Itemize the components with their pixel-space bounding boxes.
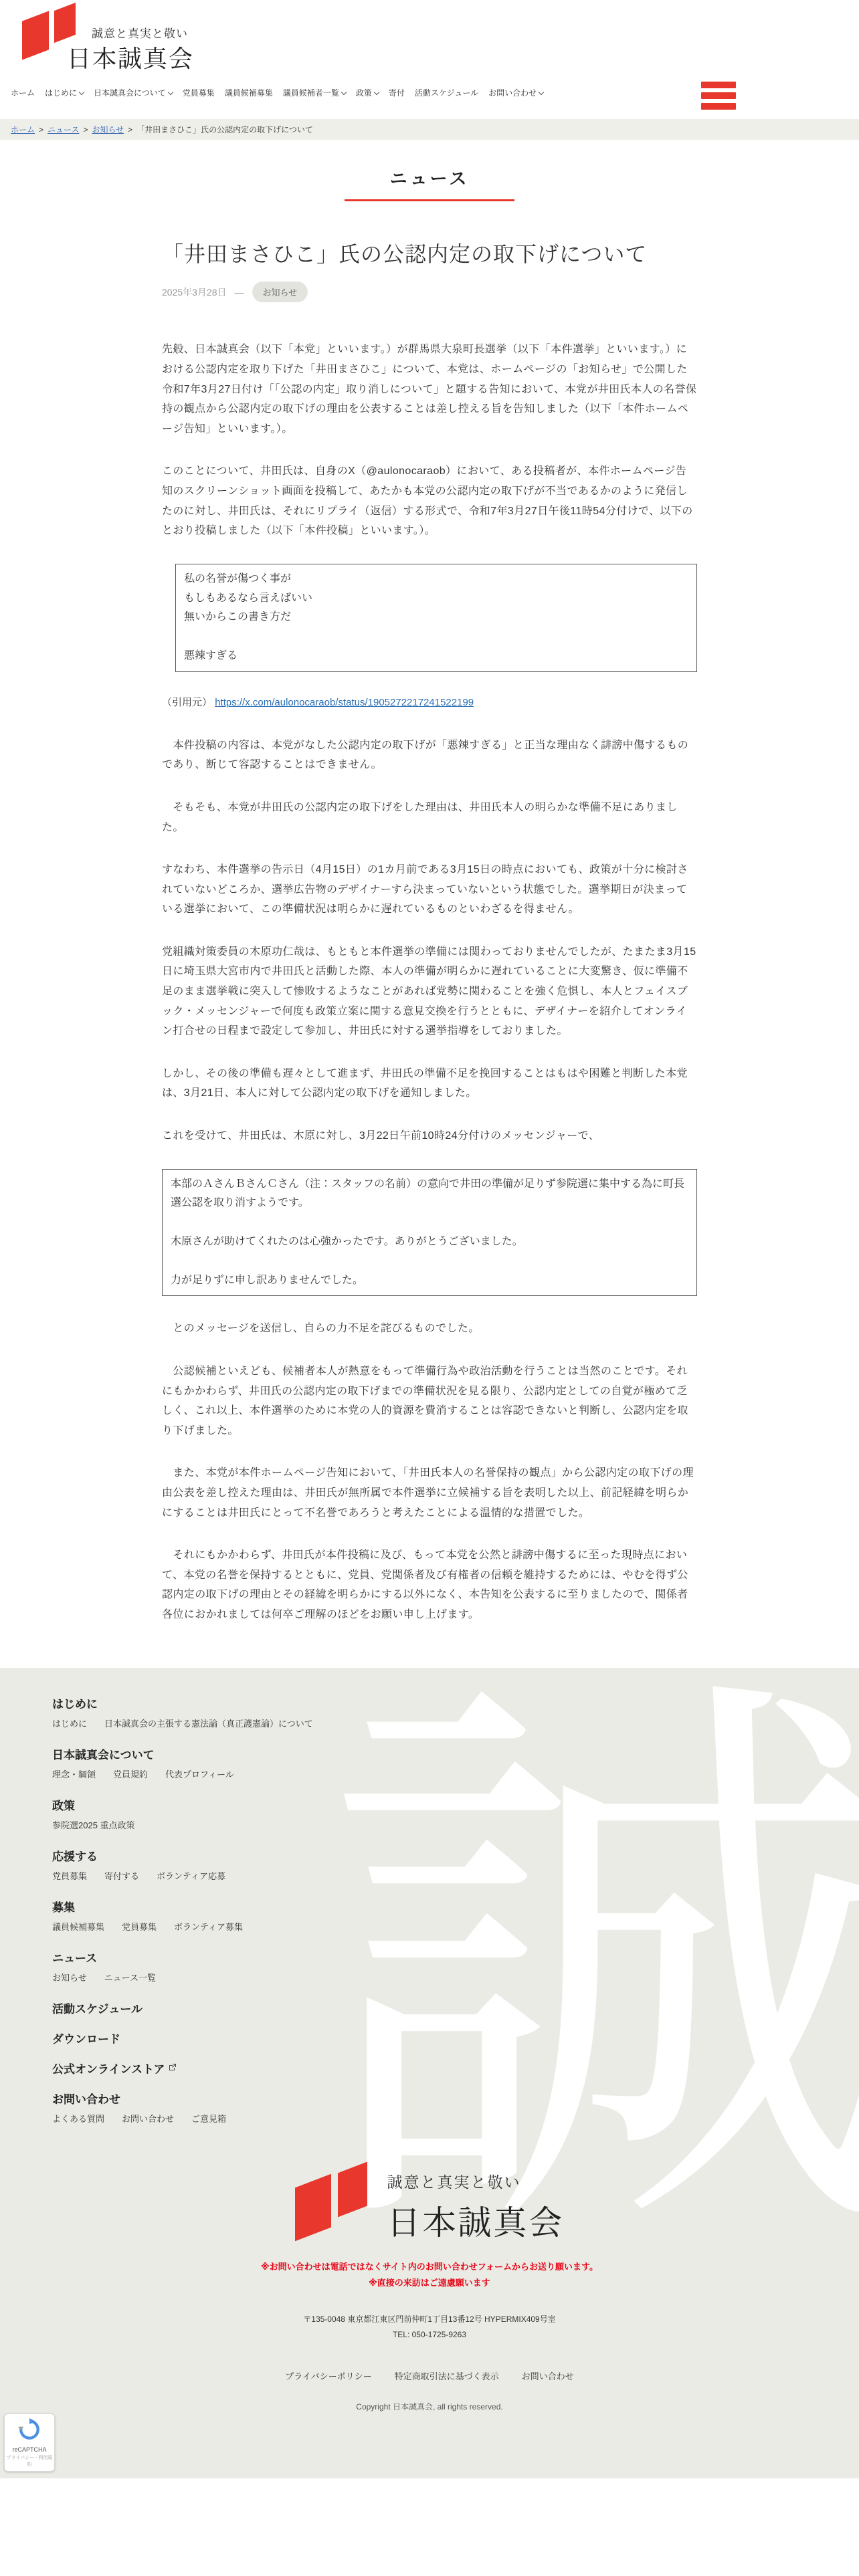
chevron-down-icon <box>341 89 347 94</box>
footer-heading-support[interactable]: 応援する <box>52 1847 98 1864</box>
article-title: 「井田まさひこ」氏の公認内定の取下げについて <box>162 239 697 270</box>
site-tagline: 誠意と真実と敬い <box>387 2170 565 2192</box>
footer-group: 公式オンラインストア <box>52 2050 859 2080</box>
footer-link[interactable]: よくある質問 <box>52 2112 104 2125</box>
footer-group: 募集 議員候補募集 党員募集 ボランティア募集 <box>52 1889 859 1933</box>
breadcrumb-current: 「井田まさひこ」氏の公認内定の取下げについて <box>136 124 313 135</box>
footer-heading-recruit[interactable]: 募集 <box>52 1898 75 1915</box>
footer-group: 政策 参院選2025 重点政策 <box>52 1787 859 1831</box>
nav-label: 寄付 <box>389 87 405 98</box>
footer-group: 応援する 党員募集 寄付する ボランティア応募 <box>52 1838 859 1882</box>
breadcrumb: ホーム > ニュース > お知らせ > 「井田まさひこ」氏の公認内定の取下げにつ… <box>0 119 859 140</box>
footer-link[interactable]: 党員規約 <box>113 1767 148 1780</box>
footer-links-row: はじめに 日本誠真会の主張する憲法論（真正護憲論）について <box>52 1717 859 1729</box>
footer-inner: はじめに はじめに 日本誠真会の主張する憲法論（真正護憲論）について 日本誠真会… <box>0 1685 859 2412</box>
footer-nav: はじめに はじめに 日本誠真会の主張する憲法論（真正護憲論）について 日本誠真会… <box>0 1685 859 2125</box>
nav-label: 党員募集 <box>183 87 215 98</box>
hamburger-bar <box>701 82 736 88</box>
footer-links-row: 党員募集 寄付する ボランティア応募 <box>52 1869 859 1882</box>
footer-links-row: お知らせ ニュース一覧 <box>52 1971 859 1983</box>
quote-line: 力が足りずに申し訳ありませんでした。 <box>171 1271 688 1291</box>
nav-item-candidate-recruit[interactable]: 議員候補募集 <box>225 87 273 98</box>
footer-heading-hajimeni[interactable]: はじめに <box>52 1695 98 1711</box>
footer-link[interactable]: 議員候補募集 <box>52 1920 104 1933</box>
quoted-post-box: 私の名誉が傷つく事が もしもあるなら言えばいい 無いからこの書き方だ 悪辣すぎる <box>175 564 697 672</box>
nav-item-home[interactable]: ホーム <box>11 87 35 98</box>
nav-item-policy[interactable]: 政策 <box>356 87 379 98</box>
logo-parallelogram-right <box>338 2161 367 2217</box>
section-title: ニュース <box>345 165 515 201</box>
date-separator: — <box>235 287 244 298</box>
article-paragraph: しかし、その後の準備も遅々として進まず、井田氏の準備不足を挽回することはもはや困… <box>162 1064 697 1103</box>
footer-link[interactable]: 党員募集 <box>122 1920 157 1933</box>
footer-address-block: 〒135-0048 東京都江東区門前仲町1丁目13番12号 HYPERMIX40… <box>0 2312 859 2343</box>
footer-heading-news[interactable]: ニュース <box>52 1949 97 1965</box>
article-paragraph: すなわち、本件選挙の告示日（4月15日）の1カ月前である3月15日の時点において… <box>162 860 697 920</box>
quote-line: もしもあるなら言えばいい <box>184 589 688 609</box>
nav-label: 日本誠真会について <box>94 87 166 98</box>
category-badge[interactable]: お知らせ <box>252 282 308 302</box>
footer-heading-store[interactable]: 公式オンラインストア <box>52 2060 177 2076</box>
site-logo[interactable]: 誠意と真実と敬い 日本誠真会 <box>0 0 859 75</box>
nav-label: お問い合わせ <box>488 87 537 98</box>
breadcrumb-separator: > <box>83 125 88 134</box>
nav-label: ホーム <box>11 87 35 98</box>
footer-group: 活動スケジュール <box>52 1990 859 2020</box>
quote-line: 私の名誉が傷つく事が <box>184 570 688 589</box>
footer-link[interactable]: 党員募集 <box>52 1869 87 1882</box>
breadcrumb-home[interactable]: ホーム <box>11 124 35 135</box>
footer-warning-notes: ※お問い合わせは電話ではなくサイト内のお問い合わせフォームからお送り願います。 … <box>0 2259 859 2292</box>
citation-line: （引用元） https://x.com/aulonocaraob/status/… <box>162 695 697 709</box>
nav-item-schedule[interactable]: 活動スケジュール <box>415 87 478 98</box>
article-paragraph: それにもかかわらず、井田氏が本件投稿に及び、もって本党を公然と誹謗中傷するに至っ… <box>162 1545 697 1624</box>
footer-link[interactable]: 参院選2025 重点政策 <box>52 1818 135 1831</box>
footer-links-row: 参院選2025 重点政策 <box>52 1818 859 1831</box>
quote-line: 悪辣すぎる <box>184 647 688 666</box>
footer-note: ※お問い合わせは電話ではなくサイト内のお問い合わせフォームからお送り願います。 <box>0 2259 859 2276</box>
chevron-down-icon <box>168 89 173 94</box>
footer-logo: 誠意と真実と敬い 日本誠真会 <box>0 2161 859 2244</box>
article-paragraph: このことについて、井田氏は、自身のX（@aulonocaraob）において、ある… <box>162 461 697 540</box>
quoted-message-box: 本部のＡさんＢさんＣさん（注：スタッフの名前）の意向で井田の準備が足りず参院選に… <box>162 1169 697 1297</box>
footer-heading-about[interactable]: 日本誠真会について <box>52 1745 155 1762</box>
article-paragraph: とのメッセージを送信し、自らの力不足を詫びるものでした。 <box>162 1319 697 1339</box>
external-link-icon <box>169 2061 177 2074</box>
footer-link[interactable]: ニュース一覧 <box>104 1971 156 1983</box>
chevron-down-icon <box>79 89 84 94</box>
breadcrumb-news[interactable]: ニュース <box>47 124 79 135</box>
nav-label: はじめに <box>45 87 77 98</box>
footer-group: 日本誠真会について 理念・綱領 党員規約 代表プロフィール <box>52 1736 859 1780</box>
recaptcha-terms[interactable]: プライバシー - 利用規約 <box>6 2454 53 2468</box>
article-paragraph: これを受けて、井田氏は、木原に対し、3月22日午前10時24分付けのメッセンジャ… <box>162 1126 697 1146</box>
footer-links-row: 議員候補募集 党員募集 ボランティア募集 <box>52 1920 859 1933</box>
section-heading-wrap: ニュース <box>0 165 859 201</box>
quote-line <box>171 1252 688 1271</box>
logo-parallelogram-left <box>295 2173 331 2241</box>
nav-item-member-recruit[interactable]: 党員募集 <box>183 87 215 98</box>
footer-link[interactable]: ご意見箱 <box>191 2112 226 2125</box>
footer-heading-download[interactable]: ダウンロード <box>52 2030 120 2046</box>
article-paragraph: 本件投稿の内容は、本党がなした公認内定の取下げが「悪辣すぎる」と正当な理由なく誹… <box>162 736 697 775</box>
footer-contact-link[interactable]: お問い合わせ <box>522 2369 574 2382</box>
footer-group: ニュース お知らせ ニュース一覧 <box>52 1939 859 1983</box>
nav-item-donate[interactable]: 寄付 <box>389 87 405 98</box>
recaptcha-label: reCAPTCHA <box>6 2446 53 2453</box>
footer-privacy-link[interactable]: プライバシーポリシー <box>285 2369 371 2382</box>
site-tagline: 誠意と真実と敬い <box>92 24 188 41</box>
nav-label: 議員候補者一覧 <box>283 87 339 98</box>
footer-group: ダウンロード <box>52 2020 859 2050</box>
footer-link[interactable]: 日本誠真会の主張する憲法論（真正護憲論）について <box>104 1717 313 1729</box>
logo-parallelogram-right <box>54 3 76 43</box>
article-paragraph: 党組織対策委員の木原功仁哉は、もともと本件選挙の準備には関わっておりませんでした… <box>162 942 697 1041</box>
quote-line: 本部のＡさんＢさんＣさん（注：スタッフの名前）の意向で井田の準備が足りず参院選に… <box>171 1175 688 1214</box>
site-header: 誠意と真実と敬い 日本誠真会 ホーム はじめに 日本誠真会について 党員募集 議… <box>0 0 859 119</box>
nav-item-candidate-list[interactable]: 議員候補者一覧 <box>283 87 346 98</box>
footer-link[interactable]: はじめに <box>52 1717 87 1729</box>
chevron-down-icon <box>374 89 379 94</box>
footer-link[interactable]: 寄付する <box>104 1869 139 1882</box>
nav-label: 政策 <box>356 87 372 98</box>
footer-links-row: 理念・綱領 党員規約 代表プロフィール <box>52 1767 859 1780</box>
footer-link[interactable]: お問い合わせ <box>122 2112 174 2125</box>
copyright: Copyright 日本誠真会, all rights reserved. <box>0 2401 859 2412</box>
nav-label: 議員候補募集 <box>225 87 273 98</box>
footer-heading-contact[interactable]: お問い合わせ <box>52 2090 120 2107</box>
footer-link[interactable]: 理念・綱領 <box>52 1767 96 1780</box>
footer-note: ※直接の来訪はご遠慮願います <box>0 2275 859 2292</box>
footer-logo-text: 誠意と真実と敬い 日本誠真会 <box>387 2161 565 2244</box>
footer-link[interactable]: ボランティア募集 <box>174 1920 243 1933</box>
hamburger-menu-icon[interactable] <box>701 82 736 114</box>
chevron-down-icon <box>539 89 544 94</box>
footer-legal-links: プライバシーポリシー 特定商取引法に基づく表示 お問い合わせ <box>0 2369 859 2382</box>
article: 「井田まさひこ」氏の公認内定の取下げについて 2025年3月28日 — お知らせ… <box>162 239 697 1668</box>
main-content: ニュース 「井田まさひこ」氏の公認内定の取下げについて 2025年3月28日 —… <box>0 140 859 1668</box>
quote-line <box>184 627 688 647</box>
hamburger-bar <box>701 103 736 110</box>
site-footer: 誠 はじめに はじめに 日本誠真会の主張する憲法論（真正護憲論）について 日本誠… <box>0 1668 859 2478</box>
hamburger-bar <box>701 92 736 99</box>
logo-parallelogram-left <box>22 11 49 60</box>
quote-line: 木原さんが助けてくれたのは心強かったです。ありがとうございました。 <box>171 1232 688 1252</box>
site-name: 日本誠真会 <box>67 40 194 74</box>
nav-item-about[interactable]: 日本誠真会について <box>94 87 173 98</box>
article-meta: 2025年3月28日 — お知らせ <box>162 282 697 302</box>
party-flag-logo-icon <box>295 2161 375 2244</box>
footer-heading-policy[interactable]: 政策 <box>52 1796 75 1813</box>
article-paragraph: 先般、日本誠真会（以下「本党」といいます。）が群馬県大泉町長選挙（以下「本件選挙… <box>162 340 697 439</box>
breadcrumb-separator: > <box>128 125 132 134</box>
footer-group: お問い合わせ よくある質問 お問い合わせ ご意見箱 <box>52 2080 859 2125</box>
breadcrumb-notice[interactable]: お知らせ <box>92 124 124 135</box>
breadcrumb-separator: > <box>39 125 43 134</box>
citation-link[interactable]: https://x.com/aulonocaraob/status/190527… <box>215 697 474 708</box>
recaptcha-icon <box>18 2418 41 2441</box>
citation-prefix: （引用元） <box>162 697 212 708</box>
footer-link[interactable]: ボランティア応募 <box>157 1869 225 1882</box>
footer-group: はじめに はじめに 日本誠真会の主張する憲法論（真正護憲論）について <box>52 1685 859 1729</box>
footer-heading-store-label: 公式オンラインストア <box>52 2060 165 2076</box>
nav-item-hajimeni[interactable]: はじめに <box>45 87 84 98</box>
nav-label: 活動スケジュール <box>415 87 478 98</box>
quote-line <box>171 1213 688 1232</box>
article-date: 2025年3月28日 <box>162 286 227 299</box>
footer-links-row: よくある質問 お問い合わせ ご意見箱 <box>52 2112 859 2125</box>
nav-item-contact[interactable]: お問い合わせ <box>488 87 543 98</box>
quote-line: 無いからこの書き方だ <box>184 608 688 627</box>
footer-link[interactable]: お知らせ <box>52 1971 87 1983</box>
article-paragraph: また、本党が本件ホームページ告知において、「井田氏本人の名誉保持の観点」から公認… <box>162 1463 697 1523</box>
footer-address: 〒135-0048 東京都江東区門前仲町1丁目13番12号 HYPERMIX40… <box>0 2312 859 2327</box>
site-name: 日本誠真会 <box>387 2196 565 2244</box>
footer-tokushoho-link[interactable]: 特定商取引法に基づく表示 <box>395 2369 499 2382</box>
footer-heading-schedule[interactable]: 活動スケジュール <box>52 2000 142 2016</box>
article-paragraph: そもそも、本党が井田氏の公認内定の取下げをした理由は、井田氏本人の明らかな準備不… <box>162 798 697 837</box>
footer-tel: TEL: 050-1725-9263 <box>0 2327 859 2343</box>
recaptcha-badge[interactable]: reCAPTCHA プライバシー - 利用規約 <box>4 2413 55 2472</box>
article-paragraph: 公認候補といえども、候補者本人が熱意をもって準備行為や政治活動を行うことは当然の… <box>162 1362 697 1440</box>
footer-link[interactable]: 代表プロフィール <box>165 1767 234 1780</box>
